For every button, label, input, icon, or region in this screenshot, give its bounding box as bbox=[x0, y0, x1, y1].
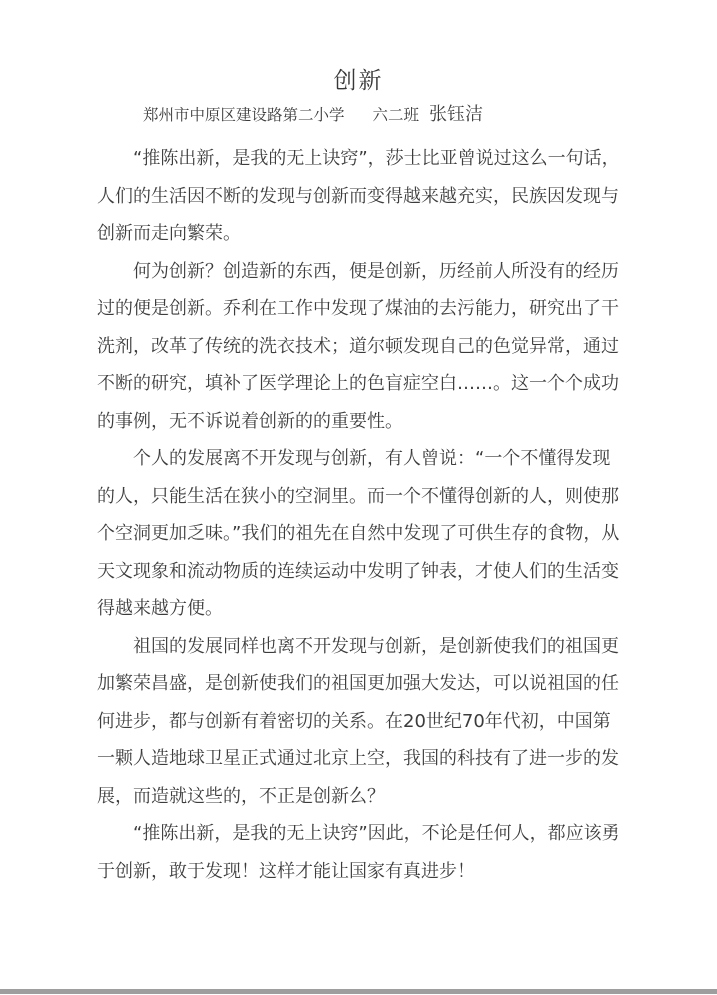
paragraph-1: “推陈出新，是我的无上诀窍”，莎士比亚曾说过这么一句话，人们的生活因不断的发现与… bbox=[97, 140, 620, 253]
paragraph-5: “推陈出新，是我的无上诀窍”因此，不论是任何人，都应该勇于创新，敢于发现！这样才… bbox=[97, 815, 620, 890]
byline: 郑州市中原区建设路第二小学六二班张钰洁 bbox=[143, 104, 620, 126]
paragraph-2: 何为创新？创造新的东西，便是创新，历经前人所没有的经历过的便是创新。乔利在工作中… bbox=[97, 253, 620, 441]
page-title: 创新 bbox=[97, 66, 620, 96]
page-bottom-border bbox=[0, 989, 717, 994]
paragraph-3: 个人的发展离不开发现与创新，有人曾说：“一个不懂得发现的人，只能生活在狭小的空洞… bbox=[97, 440, 620, 628]
document-page: 创新 郑州市中原区建设路第二小学六二班张钰洁 “推陈出新，是我的无上诀窍”，莎士… bbox=[0, 0, 717, 995]
essay-body: “推陈出新，是我的无上诀窍”，莎士比亚曾说过这么一句话，人们的生活因不断的发现与… bbox=[97, 140, 620, 890]
byline-class: 六二班 bbox=[373, 106, 420, 124]
byline-school: 郑州市中原区建设路第二小学 bbox=[143, 106, 345, 124]
byline-author: 张钰洁 bbox=[429, 104, 483, 125]
paragraph-4: 祖国的发展同样也离不开发现与创新，是创新使我们的祖国更加繁荣昌盛，是创新使我们的… bbox=[97, 628, 620, 816]
